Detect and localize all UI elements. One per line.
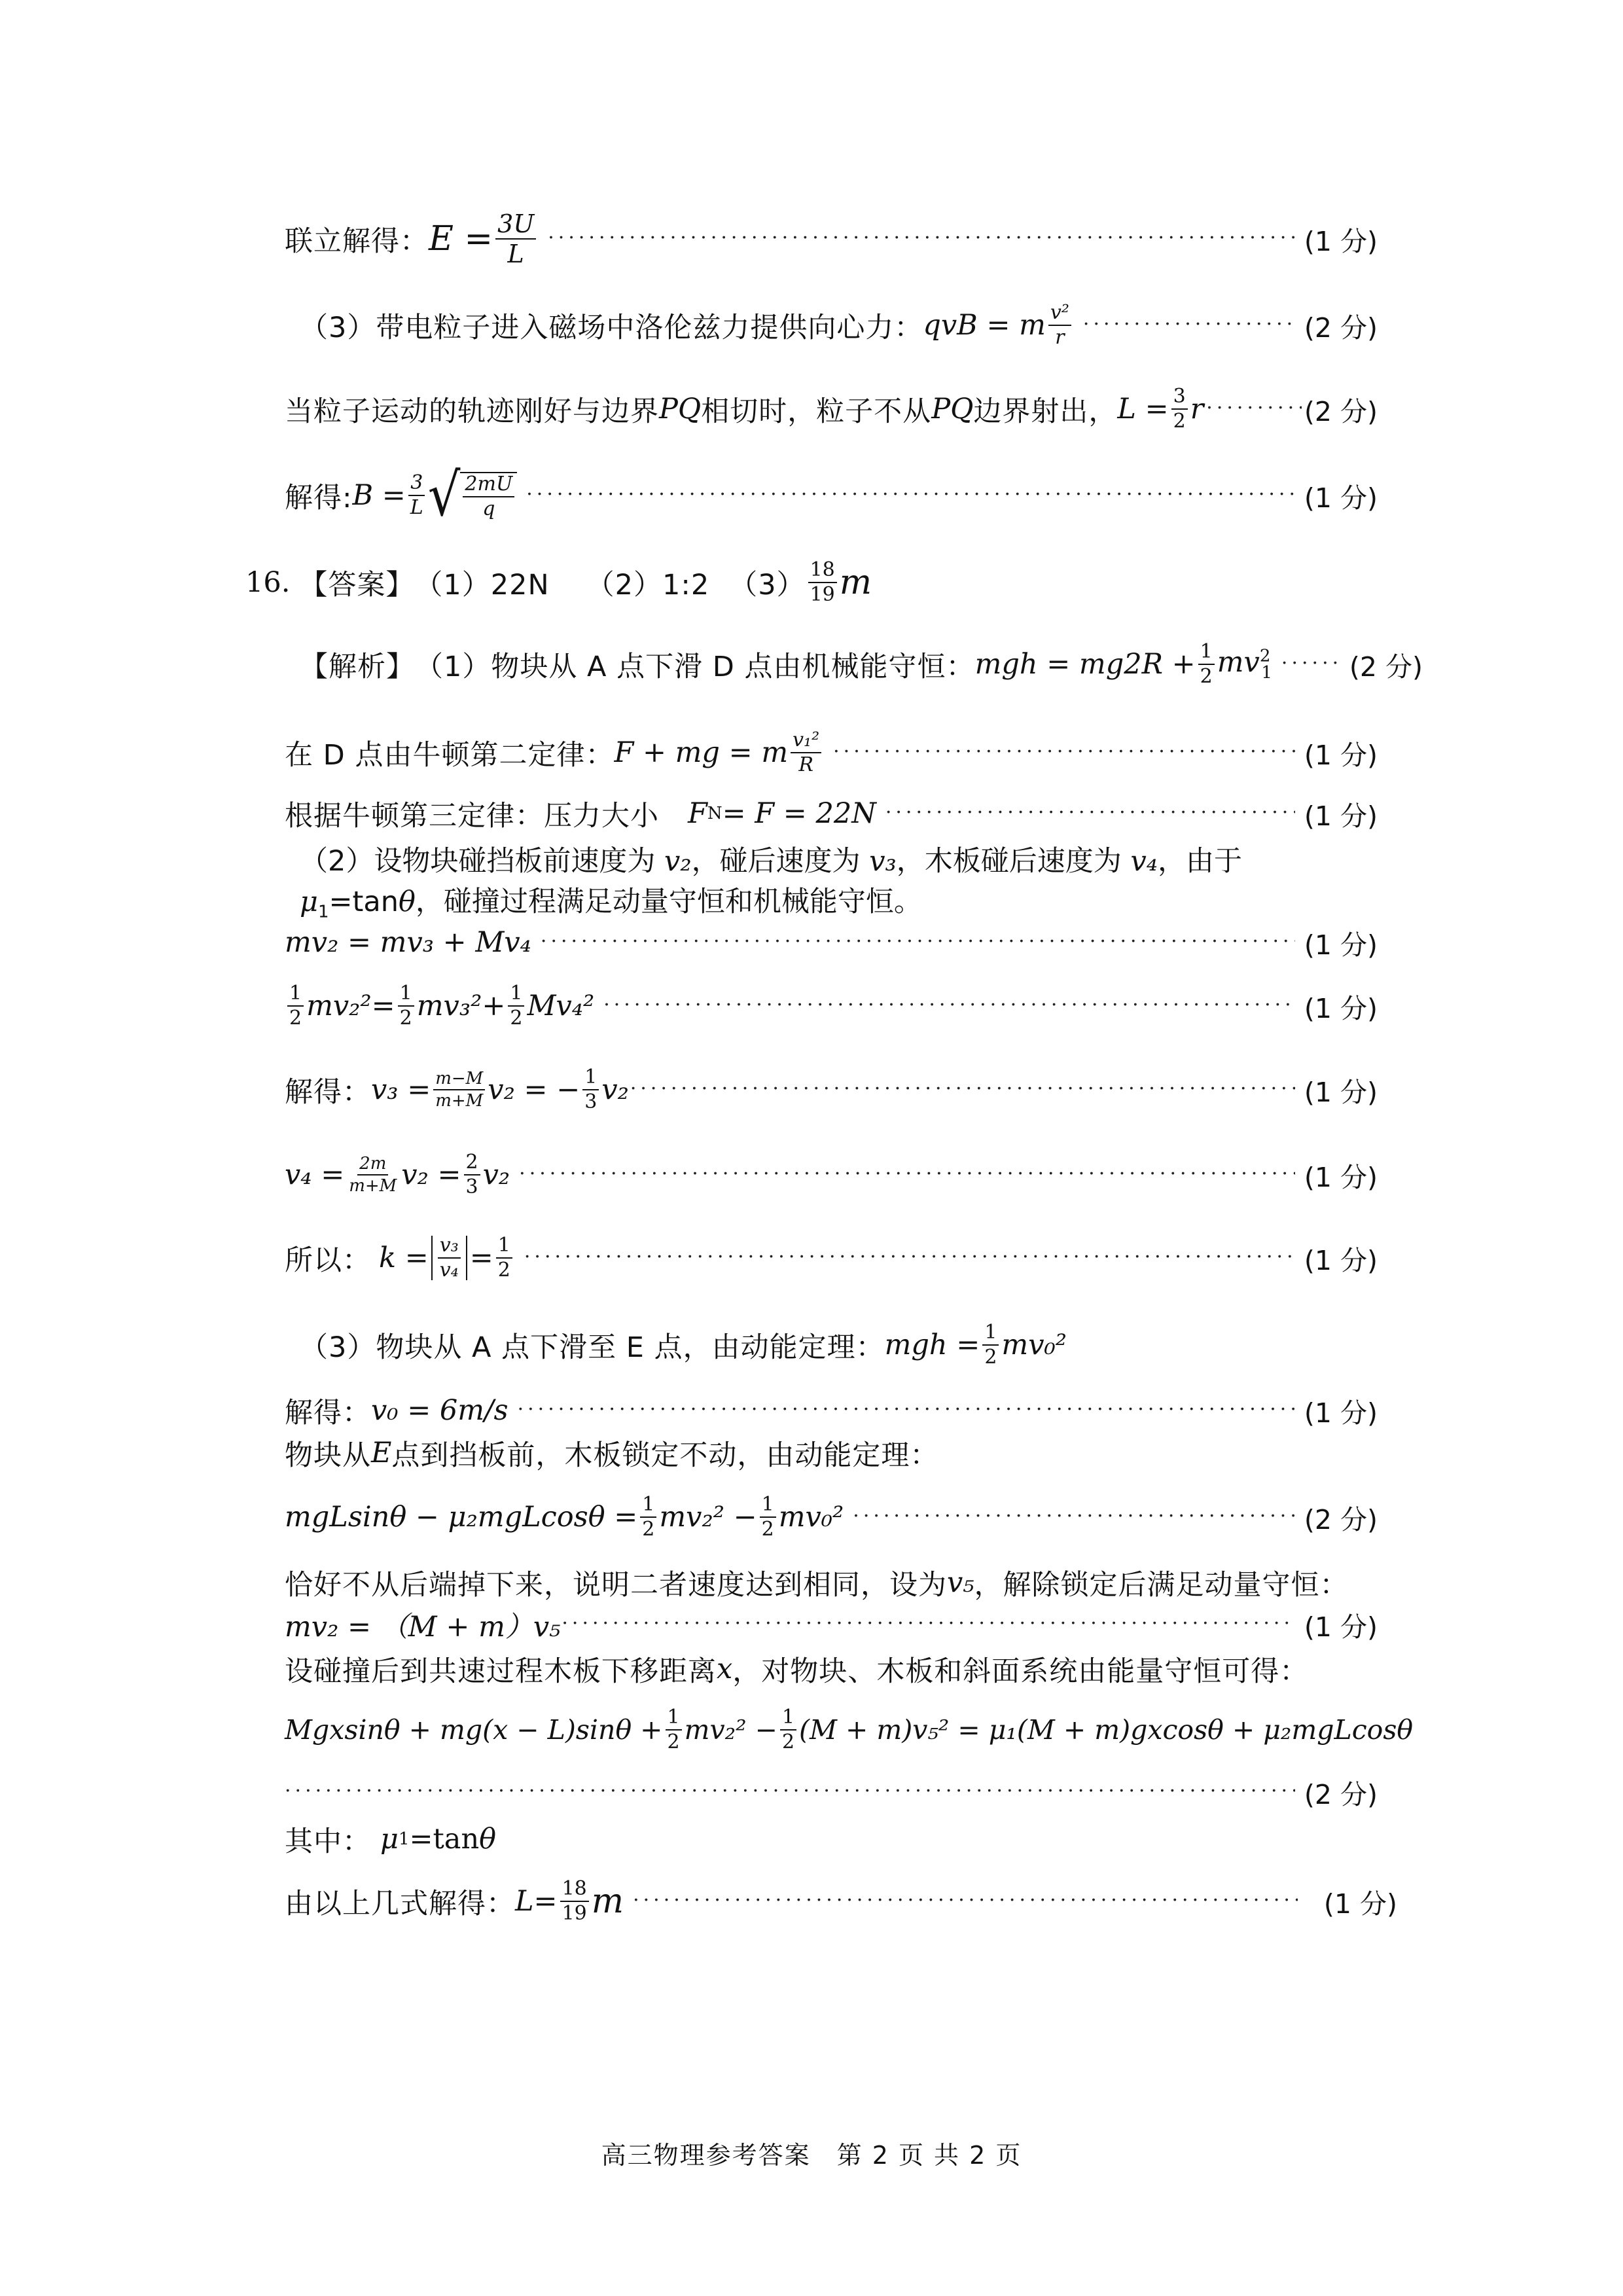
fraction: 32 [1171,387,1188,431]
fraction: 12 [780,1708,796,1752]
answer-part-3: （3） [729,563,805,603]
q16-step-ratio: 所以： k = v₃v₄ = 12 (1 分) [285,1225,1378,1291]
score: (2 分) [1304,306,1378,345]
label: （1）物块从 A 点下滑 D 点由机械能守恒： [415,645,975,685]
square-root: √ 2mUq [428,470,518,521]
leader-dots [519,1162,1295,1185]
score: (1 分) [1324,1882,1397,1921]
label: 根据牛顿第三定律：压力大小 [285,794,688,834]
score: (2 分) [1349,645,1423,684]
label: 在 D 点由牛顿第二定律： [285,733,614,773]
q16-step-energy-conservation: Mgxsinθ + mg(x − L)sinθ + 12 mv₂² − 12 (… [285,1697,1378,1763]
leader-dots [518,1398,1295,1421]
fraction: 12 [1198,642,1215,687]
score: (1 分) [1304,220,1378,259]
equation: mgh = mg2R + [975,648,1196,681]
q16-step-v3: 解得： v₃ = m−Mm+M v₂ = − 13 v₂ (1 分) [285,1057,1378,1122]
answer-tag: 【答案】 [299,563,414,603]
fraction: 23 [464,1153,480,1197]
score: (1 分) [1304,924,1378,962]
leader-dots [633,1889,1298,1912]
fraction: 3UL [495,211,536,266]
q16-answer: 16. 【答案】 （1）22N （2）1:2 （3） 1819 m [245,550,1378,615]
q16-step-newton2: 在 D 点由牛顿第二定律： F + mg = m v₁²R (1 分) [285,720,1378,785]
fraction: v₁²R [791,730,821,775]
equation-lhs: B = [353,479,406,512]
equation: = F = 22N [722,797,876,830]
leader-dots [548,226,1295,249]
score: (2 分) [1304,1498,1378,1537]
q15-line-b-result: 解得: B = 3L √ 2mUq (1 分) [285,463,1378,528]
equation: F [688,797,707,830]
label: 当粒子运动的轨迹刚好与边界 [285,389,659,429]
fraction: 12 [760,1495,776,1539]
q15-line-tangent: 当粒子运动的轨迹刚好与边界 PQ 相切时，粒子不从 PQ 边界射出， L = 3… [285,376,1378,442]
leader-dots [1206,397,1302,420]
q16-step-x-intro: 设碰撞后到共速过程木板下移距离 x ，对物块、木板和斜面系统由能量守恒可得： [285,1636,1378,1702]
score: (2 分) [1304,390,1378,429]
score: (1 分) [1304,1239,1378,1278]
fraction: 1819 [560,1879,589,1924]
leader-dots [285,1780,1295,1803]
label: 边界射出， [973,389,1117,429]
q16-step-e-intro: 物块从 E 点到挡板前，木板锁定不动，由动能定理： [285,1420,1378,1486]
fraction: 3L [408,473,425,518]
answer-part-1: （1）22N [414,563,549,603]
radical-sign-icon: √ [428,466,461,525]
question-number: 16. [245,566,290,599]
equation-lhs: L = [1117,393,1168,425]
label: 所以： [285,1238,371,1278]
symbol-pq: PQ [931,393,973,425]
q16-step-energy: 【解析】 （1）物块从 A 点下滑 D 点由机械能守恒： mgh = mg2R … [300,632,1378,697]
q15-line-e-result: 联立解得： E = 3UL (1 分) [285,206,1378,272]
q16-step-newton3: 根据牛顿第三定律：压力大小 FN = F = 22N (1 分) [285,781,1378,846]
fraction: v₃v₄ [438,1236,461,1280]
label: （3）物块从 A 点下滑至 E 点，由动能定理： [300,1325,885,1365]
q15-line-lorentz: （3）带电粒子进入磁场中洛伦兹力提供向心力： qvB = m v²r (2 分) [300,293,1378,358]
analysis-tag: 【解析】 [300,645,415,685]
leader-dots [833,740,1295,763]
fraction: 12 [287,984,304,1028]
fraction: 12 [640,1495,656,1539]
score: (1 分) [1304,1071,1378,1109]
leader-dots [885,801,1295,824]
equation: mv₂ = mv₃ + Mv₄ [285,926,531,959]
fraction: v²r [1048,303,1071,348]
score: (2 分) [1304,1773,1378,1812]
score: (1 分) [1304,476,1378,515]
equation-lhs: qvB = m [923,309,1046,342]
equation-lhs: E = [429,219,493,259]
fraction: 12 [398,984,414,1028]
q16-step-where: 其中： μ1 =tanθ [285,1806,1378,1872]
q16-step-work-energy: mgLsinθ − μ₂mgLcosθ = 12 mv₂² − 12 mv₀² … [285,1484,1378,1550]
leader-dots [1281,652,1340,675]
page-footer: 高三物理参考答案 第 2 页 共 2 页 [0,2135,1623,2171]
label: （3）带电粒子进入磁场中洛伦兹力提供向心力： [300,306,923,346]
leader-dots [541,930,1295,953]
answer-part-2: （2）1:2 [586,563,710,603]
unit: m [840,563,872,602]
leader-dots [562,1612,1295,1635]
fraction: 12 [666,1708,682,1752]
fraction: 12 [496,1236,512,1280]
q16-step-v4: v₄ = 2mm+M v₂ = 23 v₂ (1 分) [285,1142,1378,1208]
leader-dots [853,1505,1295,1528]
score: (1 分) [1304,987,1378,1026]
score: (1 分) [1304,734,1378,772]
leader-dots [1083,313,1295,336]
equation: F + mg = m [614,736,788,769]
score: (1 分) [1304,795,1378,833]
fraction: 2mm+M [347,1155,399,1194]
absolute-value: v₃v₄ [431,1236,467,1280]
q16-step-momentum: mv₂ = mv₃ + Mv₄ (1 分) [285,910,1378,975]
label: 解得: [285,476,353,516]
fraction: 2mUq [463,475,514,519]
leader-dots [630,1077,1295,1100]
symbol-pq: PQ [659,393,701,425]
fraction: 12 [508,984,524,1028]
equation: mv21 [1217,646,1272,683]
label: 相切时，粒子不从 [701,389,931,429]
equation-rhs: r [1190,393,1204,425]
label: 解得： [285,1070,371,1110]
q16-step-final: 由以上几式解得： L= 1819 m (1 分) [285,1869,1378,1934]
score: (1 分) [1304,1156,1378,1194]
fraction: 1819 [808,560,837,605]
fraction: 12 [982,1323,999,1367]
leader-dots [526,483,1295,506]
fraction: m−Mm+M [433,1070,485,1109]
leader-dots [603,994,1295,1016]
label: 联立解得： [285,219,429,259]
fraction: 13 [582,1067,599,1112]
q16-step-kinetic-energy: 12 mv₂² = 12 mv₃² + 12 Mv₄² (1 分) [285,973,1378,1039]
leader-dots [524,1246,1295,1268]
q16-step-part3-energy: （3）物块从 A 点下滑至 E 点，由动能定理： mgh = 12 mv₀² [300,1312,1378,1378]
